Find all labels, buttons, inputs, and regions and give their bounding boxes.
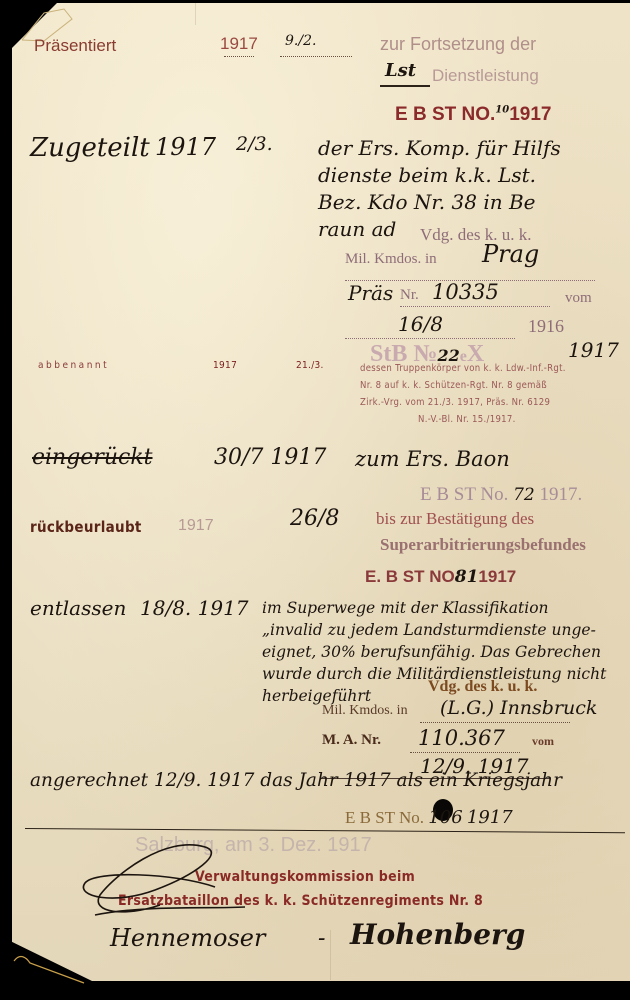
enrolled-date: 30/7 1917 — [214, 445, 326, 470]
rule — [345, 338, 515, 339]
label-purpose: zur Fortsetzung der — [380, 34, 536, 55]
order-year: 1916 — [528, 316, 564, 337]
label-service: Dienstleistung — [432, 66, 539, 86]
stamp-vom: vom — [565, 290, 592, 307]
signature-left: Hennemoser — [110, 924, 265, 952]
transferred-year: 1917 — [213, 360, 237, 371]
signature-flourish-icon — [55, 835, 255, 925]
label-transferred: abbenannt — [38, 360, 109, 371]
stamp-command: Mil. Kmdos. in — [345, 251, 437, 268]
rule — [224, 56, 254, 57]
presented-date: 9./2. — [285, 33, 316, 49]
discharged-order-number: 110.367 — [418, 726, 505, 750]
command-city-2: (L.G.) Innsbruck — [440, 697, 597, 719]
enrolled-destination: zum Ers. Baon — [355, 447, 510, 471]
label-discharged: entlassen — [30, 596, 126, 620]
transferred-text: dessen Truppenkörper von k. k. Ldw.-Inf.… — [360, 360, 566, 428]
stamp-ebst-1: E B ST NO.101917 — [395, 104, 552, 126]
discharged-date: 18/8. 1917 — [140, 596, 249, 620]
rule — [420, 722, 570, 723]
assigned-year: 1917 — [155, 133, 216, 161]
rule — [410, 752, 520, 753]
rule — [400, 306, 550, 307]
signature-right: Hohenberg — [350, 918, 525, 951]
furlough-text-1: bis zur Bestätigung des — [376, 509, 534, 529]
transferred-date: 21./3. — [296, 360, 324, 371]
furlough-date: 26/8 — [290, 506, 339, 531]
order-date: 16/8 — [398, 312, 443, 336]
stamp-ma: M. A. Nr. — [322, 732, 381, 749]
credited-text: angerechnet 12/9. 1917 das Jahr 1917 als… — [30, 770, 562, 791]
stamp-vom-2: vom — [532, 734, 554, 749]
stamp-nr: Nr. — [400, 287, 419, 304]
label-pras: Präs — [348, 281, 393, 305]
stamp-ebst-4: E B ST No. 106 1917 — [345, 807, 513, 828]
rule — [280, 56, 352, 57]
signature-separator: - — [318, 926, 325, 951]
underline — [380, 85, 430, 87]
presented-year: 1917 — [220, 34, 258, 54]
label-furlough: rückbeurlaubt — [30, 518, 142, 536]
order-number: 10335 — [432, 280, 499, 304]
label-assigned: Zugeteilt — [30, 133, 150, 163]
command-city: Prag — [482, 240, 539, 268]
stamp-stb-year: 1917 — [568, 338, 619, 362]
stamp-order-2: Vdg. des k. u. k. — [428, 678, 537, 696]
assigned-date: 2/3. — [236, 133, 273, 155]
paper-crease — [195, 3, 196, 25]
corner-fold-icon — [12, 955, 92, 985]
stamp-command-2: Mil. Kmdos. in — [322, 703, 408, 719]
stamp-ebst-3: E. B ST NO811917 — [365, 567, 516, 587]
label-enrolled: eingerückt — [32, 445, 153, 470]
furlough-text-2: Superarbitrierungsbefundes — [380, 535, 586, 555]
paper-crease — [330, 930, 331, 980]
label-presented: Präsentiert — [34, 36, 116, 56]
service-type: Lst — [385, 60, 416, 81]
stamp-ebst-2: E B ST No. 72 1917. — [420, 484, 582, 506]
furlough-year: 1917 — [178, 517, 214, 535]
